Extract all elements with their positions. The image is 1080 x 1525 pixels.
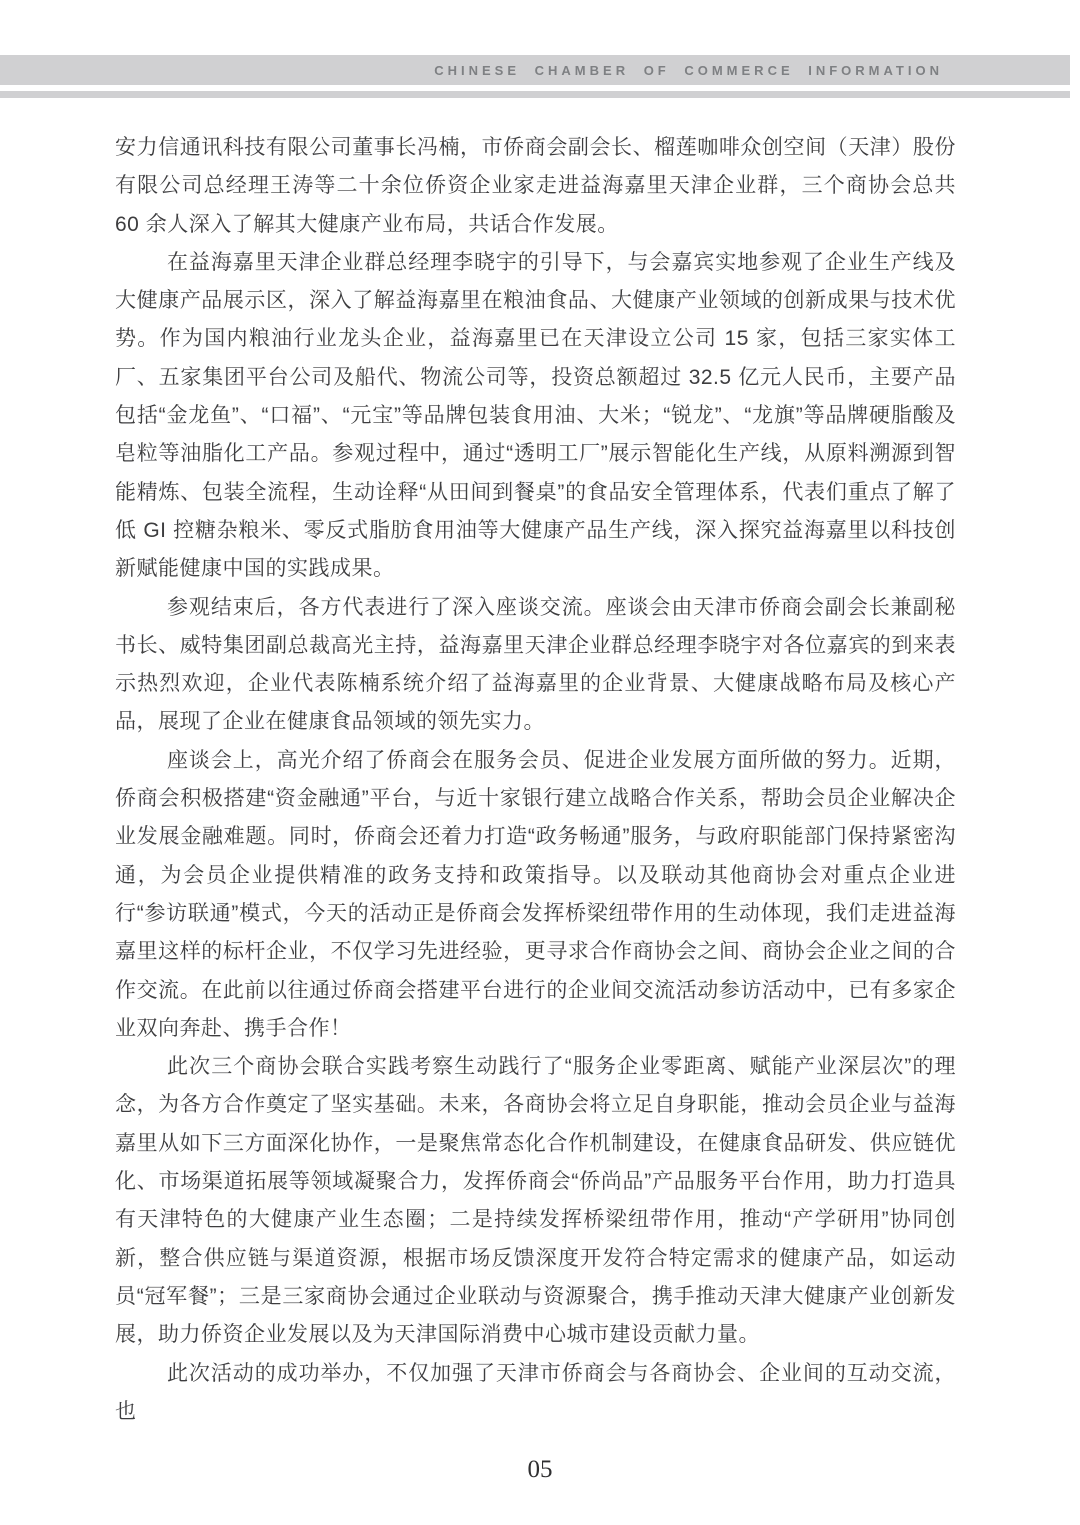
article: 安力信通讯科技有限公司董事长冯楠，市侨商会副会长、榴莲咖啡众创空间（天津）股份有… bbox=[115, 129, 956, 1431]
body-paragraph: 安力信通讯科技有限公司董事长冯楠，市侨商会副会长、榴莲咖啡众创空间（天津）股份有… bbox=[115, 129, 956, 244]
header-banner: CHINESE CHAMBER OF COMMERCE INFORMATION bbox=[0, 55, 1070, 85]
body-paragraph: 在益海嘉里天津企业群总经理李晓宇的引导下，与会嘉宾实地参观了企业生产线及大健康产… bbox=[115, 244, 956, 589]
body-paragraph: 此次活动的成功举办，不仅加强了天津市侨商会与各商协会、企业间的互动交流，也 bbox=[115, 1355, 956, 1432]
body-paragraph: 座谈会上，高光介绍了侨商会在服务会员、促进企业发展方面所做的努力。近期，侨商会积… bbox=[115, 742, 956, 1048]
header-divider-bar bbox=[0, 91, 1070, 98]
document-page: CHINESE CHAMBER OF COMMERCE INFORMATION … bbox=[0, 0, 1080, 1525]
page-number: 05 bbox=[0, 1456, 1080, 1484]
body-paragraph: 参观结束后，各方代表进行了深入座谈交流。座谈会由天津市侨商会副会长兼副秘书长、威… bbox=[115, 589, 956, 742]
body-paragraph: 此次三个商协会联合实践考察生动践行了“服务企业零距离、赋能产业深层次”的理念，为… bbox=[115, 1048, 956, 1354]
header-banner-title: CHINESE CHAMBER OF COMMERCE INFORMATION bbox=[434, 63, 943, 78]
